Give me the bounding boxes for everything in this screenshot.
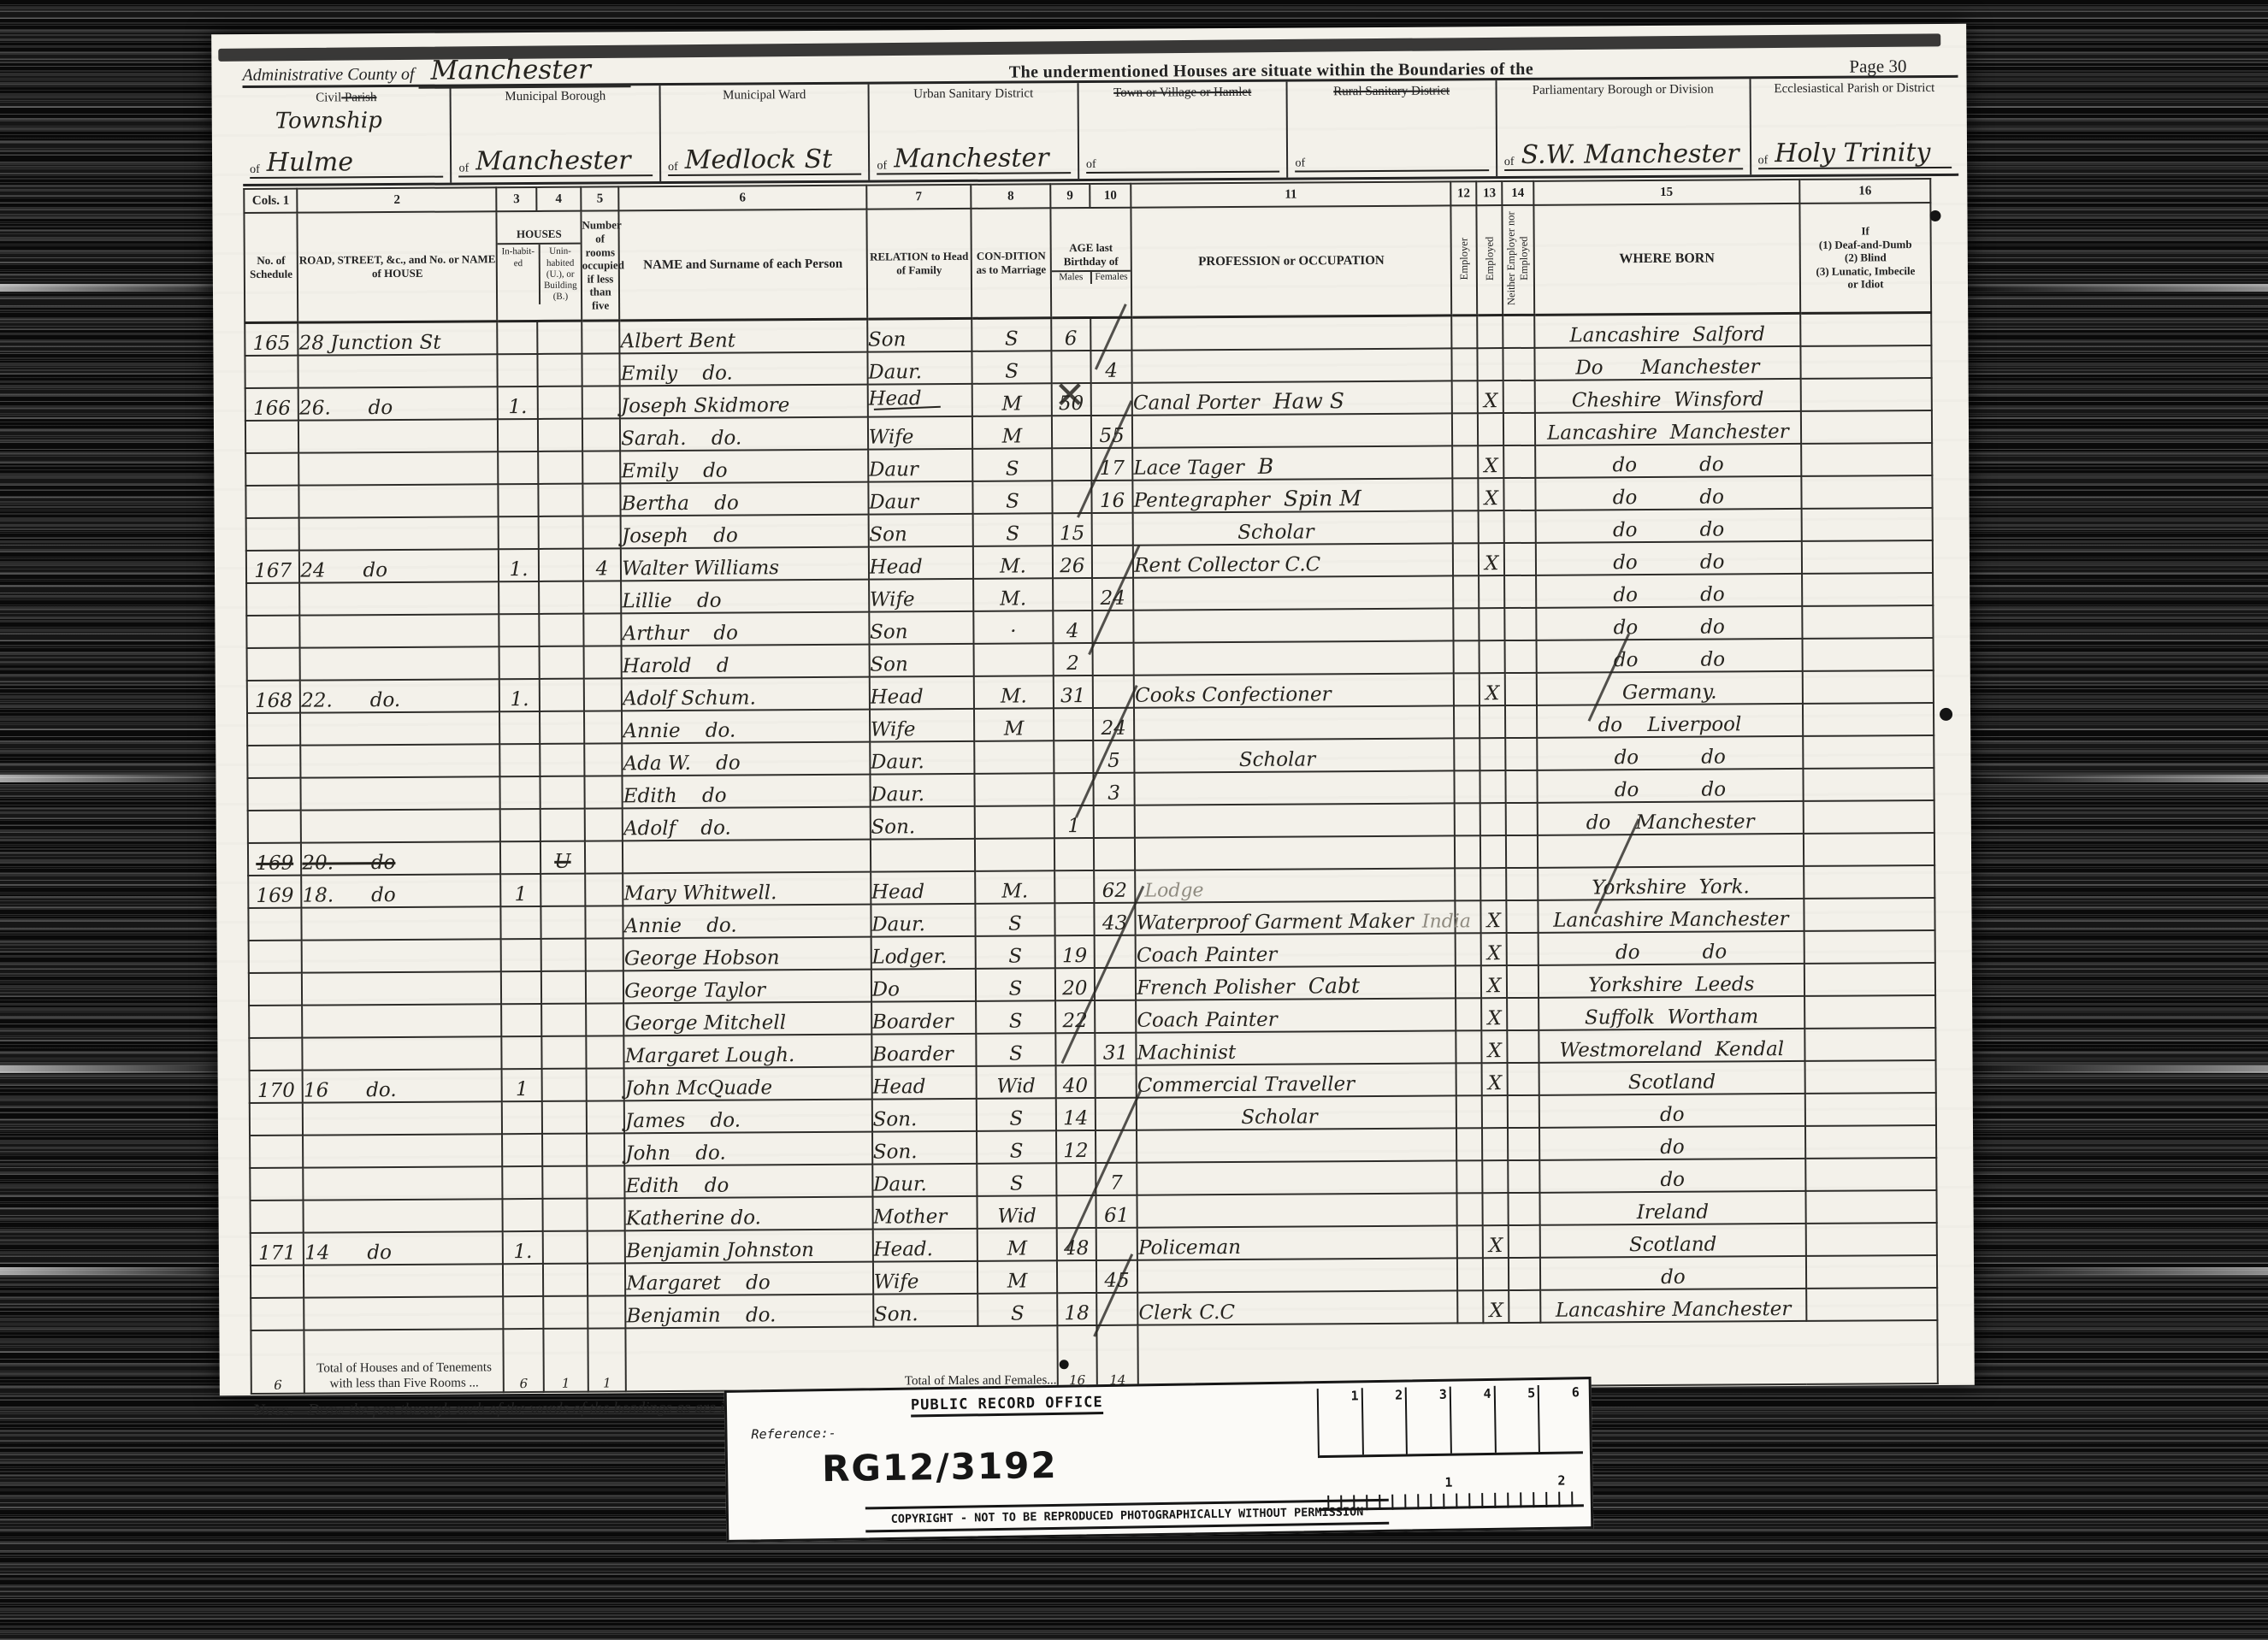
cell-agef: 5	[1093, 740, 1134, 773]
cell-inh	[503, 1264, 542, 1296]
cell-agef	[1096, 1098, 1137, 1130]
cell-agem	[1053, 578, 1092, 611]
cell-rooms	[584, 711, 622, 743]
cell-cond: S	[976, 935, 1055, 969]
district-box-value	[1308, 169, 1315, 170]
column-number: 8	[971, 184, 1050, 209]
cell-rel: Wife	[869, 579, 974, 612]
cell-rel: Lodger.	[871, 936, 976, 970]
cell-cond: S	[972, 448, 1052, 481]
cell-infirm	[1803, 670, 1934, 704]
occupation-annotation: B	[1258, 454, 1274, 479]
cell-addr	[299, 581, 499, 615]
total-uninhabited: 1	[543, 1329, 588, 1392]
total-females: 14	[1096, 1325, 1138, 1389]
cell-infirm	[1801, 378, 1932, 411]
cell-rel: Daur	[868, 449, 973, 482]
cell-occ: French PolisherCabt	[1136, 965, 1456, 1000]
col-employer-header: Employer	[1450, 205, 1477, 316]
cell-rel	[871, 839, 976, 872]
total-inhabited: 6	[504, 1329, 544, 1392]
cell-infirm	[1804, 898, 1934, 931]
cell-rel: Head	[871, 1066, 977, 1100]
cell-inh	[501, 971, 540, 1004]
cell-uninh	[540, 809, 584, 841]
cell-born: Ireland	[1539, 1191, 1806, 1225]
cell-occ	[1134, 640, 1454, 675]
cell-cond: M.	[975, 870, 1054, 904]
cell-emp	[1456, 1030, 1481, 1063]
cell-inh: 1	[502, 1069, 541, 1101]
cell-infirm	[1801, 475, 1932, 509]
cell-sched	[247, 713, 301, 746]
cell-sched	[245, 486, 299, 518]
cell-neither	[1508, 1063, 1539, 1095]
of-label: of	[877, 159, 890, 173]
cell-rooms	[586, 938, 623, 970]
cell-addr	[302, 906, 501, 940]
district-box: Civil ParishTownshipofHulme	[243, 87, 452, 184]
cell-uninh	[540, 776, 584, 809]
cell-rel: Son.	[872, 1131, 977, 1165]
cell-rooms	[587, 1165, 624, 1198]
cell-infirm	[1805, 1060, 1936, 1094]
cell-emp	[1456, 1160, 1482, 1193]
cell-occ: Canal PorterHaw S	[1132, 381, 1452, 415]
table-body: 16528 Junction StAlbert BentSonS6Lancash…	[245, 313, 1937, 1331]
district-box: Parliamentary Borough or DivisionofS.W. …	[1497, 79, 1751, 176]
cell-agem	[1056, 1163, 1096, 1195]
district-box-title: Urban Sanitary District	[877, 86, 1071, 103]
col-neither-header: Neither Employer nor Employed	[1503, 205, 1534, 316]
cell-emp	[1452, 348, 1478, 381]
occupation-annotation: Haw S	[1273, 388, 1344, 414]
cell-inh	[499, 451, 538, 484]
cell-rooms	[584, 776, 622, 808]
cell-uninh: U	[540, 841, 585, 874]
cell-cond: S	[977, 1130, 1056, 1164]
cell-sched	[251, 1298, 304, 1330]
cell-name: Benjamin do.	[625, 1295, 873, 1329]
cell-occ: Machinist	[1136, 1030, 1456, 1065]
cell-uninh	[538, 516, 582, 549]
of-label: of	[1504, 156, 1518, 169]
cell-empd: X	[1481, 998, 1507, 1030]
cell-neither	[1508, 1095, 1539, 1128]
cell-infirm	[1803, 735, 1934, 769]
cell-infirm	[1804, 1028, 1935, 1061]
cell-cond: S	[976, 968, 1055, 1001]
cell-agem: 48	[1056, 1228, 1096, 1260]
cell-emp	[1457, 1225, 1483, 1258]
cell-cond: M	[972, 416, 1052, 449]
cell-uninh	[540, 744, 584, 776]
cell-uninh	[542, 1166, 587, 1199]
cell-infirm	[1804, 768, 1934, 801]
cell-uninh	[538, 484, 582, 516]
cell-neither	[1506, 868, 1537, 900]
cell-addr	[304, 1296, 503, 1330]
cell-empd: X	[1479, 478, 1504, 510]
ink-dot	[1940, 708, 1952, 721]
cell-rooms	[588, 1230, 625, 1263]
ruler-cm-scale: 12	[1318, 1455, 1584, 1511]
cell-name: Sarah. do.	[620, 417, 868, 451]
ruler-number: 1	[1444, 1475, 1452, 1490]
cell-neither	[1505, 673, 1536, 705]
cell-uninh	[541, 1036, 586, 1069]
cell-rooms	[582, 483, 620, 516]
cell-uninh	[542, 1231, 587, 1264]
cell-rel: Head	[869, 676, 974, 710]
cell-born: Yorkshire Leeds	[1538, 964, 1804, 998]
ruler-inch-scale: 123456	[1317, 1384, 1583, 1458]
district-box-title: Civil Parish	[250, 91, 444, 107]
cell-sched	[248, 908, 302, 941]
cell-occ: Coach Painter	[1136, 933, 1456, 967]
cell-empd: X	[1481, 933, 1507, 965]
cell-agem	[1052, 416, 1091, 448]
column-number: 7	[866, 185, 972, 209]
infirmity-line: or Idiot	[1801, 277, 1930, 292]
cell-uninh	[540, 939, 585, 971]
of-label: of	[1295, 156, 1308, 170]
cell-uninh	[539, 614, 583, 646]
district-box-value: Medlock St	[682, 147, 836, 174]
cell-empd: X	[1479, 543, 1504, 575]
cell-neither	[1503, 445, 1534, 478]
cell-sched	[250, 1136, 304, 1168]
cell-occ: Cooks Confectioner	[1134, 673, 1454, 707]
ruler-segment: 1	[1317, 1388, 1362, 1455]
cell-emp	[1455, 835, 1480, 868]
cell-name: Harold d	[622, 645, 870, 679]
col-name-header: NAME and Surname of each Person	[619, 209, 867, 321]
cell-agef: 61	[1096, 1195, 1137, 1228]
cell-rooms	[582, 353, 619, 386]
cell-rooms	[586, 1035, 623, 1068]
cell-occ	[1133, 575, 1453, 610]
cell-neither	[1509, 1193, 1539, 1225]
cell-born: do do	[1535, 444, 1802, 478]
cell-occ: Policeman	[1137, 1225, 1457, 1259]
pencil-annotation: India	[1422, 911, 1471, 932]
cell-uninh	[543, 1296, 588, 1329]
employed-vertical-label: Employed	[1483, 210, 1497, 306]
cell-name: Albert Bent	[619, 319, 867, 353]
cell-agem	[1052, 481, 1091, 513]
cell-empd	[1480, 608, 1505, 640]
cell-infirm	[1803, 638, 1934, 671]
cell-agef: 4	[1090, 351, 1131, 383]
cell-neither	[1506, 835, 1537, 868]
cell-name: Edith do	[623, 775, 871, 809]
cell-rel: Son	[867, 318, 972, 351]
cell-rel: Daur.	[867, 351, 972, 385]
cell-occ: Rent Collector C.C	[1133, 543, 1453, 577]
cell-name: James do.	[624, 1100, 872, 1134]
cell-uninh	[539, 549, 583, 581]
cell-born: do	[1539, 1256, 1806, 1290]
cell-infirm	[1804, 995, 1935, 1029]
cell-rooms	[585, 841, 623, 873]
column-number: 16	[1799, 179, 1930, 204]
cell-cond: M.	[973, 546, 1053, 579]
cell-cond: M	[977, 1260, 1057, 1294]
cell-inh	[503, 1134, 542, 1166]
cell-occ: Scholar	[1137, 1095, 1456, 1130]
cell-emp	[1454, 640, 1480, 673]
cell-uninh	[540, 874, 585, 906]
district-box-value: Manchester	[472, 148, 635, 175]
cell-rel: Son.	[873, 1294, 978, 1327]
occupation-text: Coach Painter	[1137, 944, 1277, 967]
cell-rooms	[583, 613, 621, 646]
cell-occ: Lace TagerB	[1132, 445, 1452, 480]
cell-rooms	[582, 451, 620, 483]
occupation-text: Coach Painter	[1137, 1009, 1277, 1032]
cell-occ: Scholar	[1133, 510, 1453, 545]
cell-neither	[1506, 803, 1537, 835]
cell-cond: S	[972, 318, 1051, 351]
cell-empd	[1480, 640, 1505, 673]
ink-dot	[1060, 1360, 1069, 1369]
cell-empd	[1482, 1128, 1508, 1160]
district-box: Town or Village or Hamletof	[1078, 82, 1288, 179]
cell-cond	[974, 643, 1054, 676]
cell-addr	[301, 744, 500, 777]
cell-addr: 18. do	[301, 874, 500, 907]
cell-inh	[498, 354, 537, 386]
cell-addr	[301, 776, 500, 810]
cell-addr: 16 do.	[303, 1069, 502, 1102]
cell-rel: Head	[868, 546, 973, 580]
cell-agem: 6	[1051, 318, 1090, 351]
col-born-header: WHERE BORN	[1533, 204, 1800, 315]
cell-uninh	[539, 581, 583, 614]
cell-agem	[1057, 1260, 1096, 1293]
cell-rooms	[582, 418, 620, 451]
cell-agef: 16	[1091, 481, 1132, 513]
cell-infirm	[1806, 1255, 1937, 1289]
cell-born: do	[1539, 1159, 1806, 1193]
pencil-annotation: Lodge	[1144, 880, 1203, 901]
cell-empd	[1478, 413, 1503, 445]
cell-name: Adolf Schum.	[622, 677, 870, 711]
cell-infirm	[1806, 1223, 1937, 1256]
houses-title: HOUSES	[498, 227, 581, 240]
of-label: of	[250, 163, 263, 177]
cell-infirm	[1805, 1125, 1936, 1159]
cell-empd	[1482, 1095, 1508, 1128]
cell-cond: S	[972, 351, 1052, 384]
cell-rel: Wife	[870, 709, 975, 742]
cell-born: do do	[1535, 509, 1802, 543]
cell-neither	[1507, 900, 1538, 933]
col-infirmity-header: If(1) Deaf-and-Dumb(2) Blind(3) Lunatic,…	[1800, 203, 1932, 313]
district-box: Urban Sanitary DistrictofManchester	[870, 83, 1079, 180]
occupation-text: Machinist	[1137, 1041, 1237, 1065]
cell-rooms	[586, 970, 623, 1003]
cell-uninh	[542, 1101, 587, 1134]
cell-addr	[298, 451, 498, 485]
cell-empd: X	[1478, 445, 1503, 478]
copyright-notice: COPYRIGHT - NOT TO BE REPRODUCED PHOTOGR…	[865, 1499, 1389, 1533]
cell-emp	[1457, 1258, 1483, 1290]
occupation-annotation: Spin M	[1284, 486, 1361, 511]
cell-occ	[1133, 608, 1453, 642]
infirmity-line: (3) Lunatic, Imbecile	[1801, 264, 1930, 279]
cell-empd: X	[1482, 1030, 1508, 1063]
cell-sched	[251, 1265, 304, 1298]
cell-agef: 45	[1096, 1260, 1137, 1293]
cell-agef: 62	[1094, 870, 1135, 903]
of-label: of	[1758, 154, 1772, 168]
totals-row: 6 Total of Houses and of Tenements with …	[251, 1320, 1937, 1394]
cell-rel: Son	[869, 644, 974, 677]
cell-uninh	[537, 354, 582, 386]
cell-neither	[1509, 1258, 1539, 1290]
cell-addr	[302, 971, 501, 1005]
cell-name: Annie do.	[622, 710, 870, 744]
cell-agem: 15	[1052, 513, 1091, 546]
col-rooms-header: Number of rooms occupied if less than fi…	[581, 210, 619, 321]
cell-sched: 170	[250, 1071, 304, 1103]
cell-neither	[1504, 575, 1535, 608]
cell-rel: Boarder	[871, 1001, 977, 1035]
cell-cond: S	[976, 1000, 1055, 1034]
cell-sched	[246, 518, 300, 551]
cell-agem	[1056, 1195, 1096, 1228]
cell-neither	[1507, 965, 1538, 998]
occupation-text: Policeman	[1138, 1236, 1241, 1259]
cell-sched	[250, 1201, 304, 1233]
cell-emp	[1452, 381, 1478, 413]
cell-inh: 1.	[499, 549, 538, 581]
cell-infirm	[1805, 1158, 1936, 1191]
cell-emp	[1456, 965, 1481, 998]
cell-agef	[1095, 1000, 1136, 1033]
total-males: 16	[1057, 1325, 1097, 1389]
cell-agef	[1095, 1065, 1136, 1098]
cell-inh	[498, 321, 537, 354]
cell-agef	[1096, 1293, 1137, 1325]
cell-agem	[1054, 740, 1093, 773]
cell-cond: M	[974, 708, 1054, 741]
cell-sched: 169	[248, 843, 302, 876]
cell-rel: Wife	[873, 1261, 978, 1295]
cell-born: Yorkshire York.	[1538, 866, 1804, 900]
cell-addr	[301, 809, 500, 842]
cell-emp	[1454, 673, 1480, 705]
cell-agef	[1092, 546, 1133, 578]
cell-emp	[1457, 1193, 1483, 1225]
cell-emp	[1452, 445, 1478, 478]
col-age-header: AGE last Birthday of Males Females	[1050, 208, 1131, 318]
cell-neither	[1504, 543, 1535, 575]
cell-agef: 31	[1095, 1033, 1136, 1065]
cell-agem	[1052, 448, 1091, 481]
cell-agef: 17	[1091, 448, 1132, 481]
cell-agef	[1092, 513, 1133, 546]
cell-emp	[1456, 1095, 1482, 1128]
cell-addr	[302, 939, 501, 972]
cell-name: Edith do	[624, 1165, 872, 1199]
cell-inh	[503, 1199, 542, 1231]
occupation-text: Scholar	[1137, 1105, 1456, 1129]
cell-neither	[1505, 608, 1536, 640]
cell-cond	[975, 773, 1054, 806]
col-road-header: ROAD, STREET, &c., and No. or NAME of HO…	[298, 211, 498, 322]
cell-sched	[245, 356, 298, 388]
cell-empd: X	[1481, 965, 1507, 998]
cell-rooms	[584, 743, 622, 776]
cell-agef	[1092, 611, 1133, 643]
cell-addr: 20. do	[301, 841, 500, 875]
cell-rooms	[585, 873, 623, 906]
cell-occ: Lodge	[1135, 868, 1455, 902]
cell-emp	[1452, 413, 1478, 445]
ruler-segment: 3	[1405, 1387, 1450, 1454]
cell-name: George Hobson	[623, 937, 871, 971]
cell-rooms	[583, 516, 621, 548]
column-number: Cols. 1	[244, 189, 297, 213]
cell-cond	[975, 805, 1054, 839]
cell-emp	[1454, 738, 1480, 770]
of-label: of	[459, 162, 473, 175]
ruler-segment: 6	[1538, 1384, 1583, 1452]
district-box-value	[1100, 171, 1107, 172]
cell-neither	[1508, 1128, 1539, 1160]
occupation-text: Lace Tager	[1133, 457, 1244, 480]
cell-addr	[302, 1004, 501, 1037]
cell-empd: X	[1483, 1290, 1509, 1323]
cell-inh	[499, 484, 538, 516]
cell-neither	[1504, 510, 1535, 543]
table-foot: 6 Total of Houses and of Tenements with …	[251, 1320, 1937, 1394]
cell-addr	[303, 1101, 502, 1135]
cell-inh	[501, 939, 540, 971]
uninhabited-subhead: Unin-habited (U.), or Building (B.)	[538, 245, 581, 304]
cell-name: Emily do.	[620, 352, 868, 386]
cell-uninh	[540, 906, 585, 939]
cell-inh	[501, 906, 540, 939]
occupation-text: Rent Collector C.C	[1134, 553, 1320, 576]
district-box-annotation: Township	[275, 108, 382, 134]
houses-total-label: Total of Houses and of Tenements with le…	[304, 1329, 505, 1393]
cell-agem: 50	[1051, 383, 1090, 416]
cell-agem: 40	[1055, 1065, 1095, 1098]
cell-neither	[1509, 1160, 1539, 1193]
cell-occ	[1137, 1193, 1457, 1227]
cell-occ	[1135, 770, 1455, 805]
cell-empd	[1477, 316, 1503, 349]
cell-agef	[1092, 643, 1133, 675]
cell-sched: 165	[245, 322, 298, 356]
cell-infirm	[1805, 1093, 1936, 1126]
employer-vertical-label: Employer	[1457, 210, 1471, 306]
cell-empd	[1479, 575, 1504, 608]
cell-born: Lancashire Manchester	[1534, 411, 1801, 445]
cell-agem: 20	[1055, 968, 1095, 1000]
cell-name: Katherine do.	[625, 1197, 873, 1231]
cell-agem: 22	[1055, 1000, 1095, 1033]
cell-occ	[1134, 705, 1454, 740]
cell-rel: Daur.	[870, 741, 975, 775]
cell-emp	[1453, 510, 1479, 543]
cell-emp	[1456, 933, 1481, 965]
cell-cond: S	[977, 1033, 1056, 1066]
